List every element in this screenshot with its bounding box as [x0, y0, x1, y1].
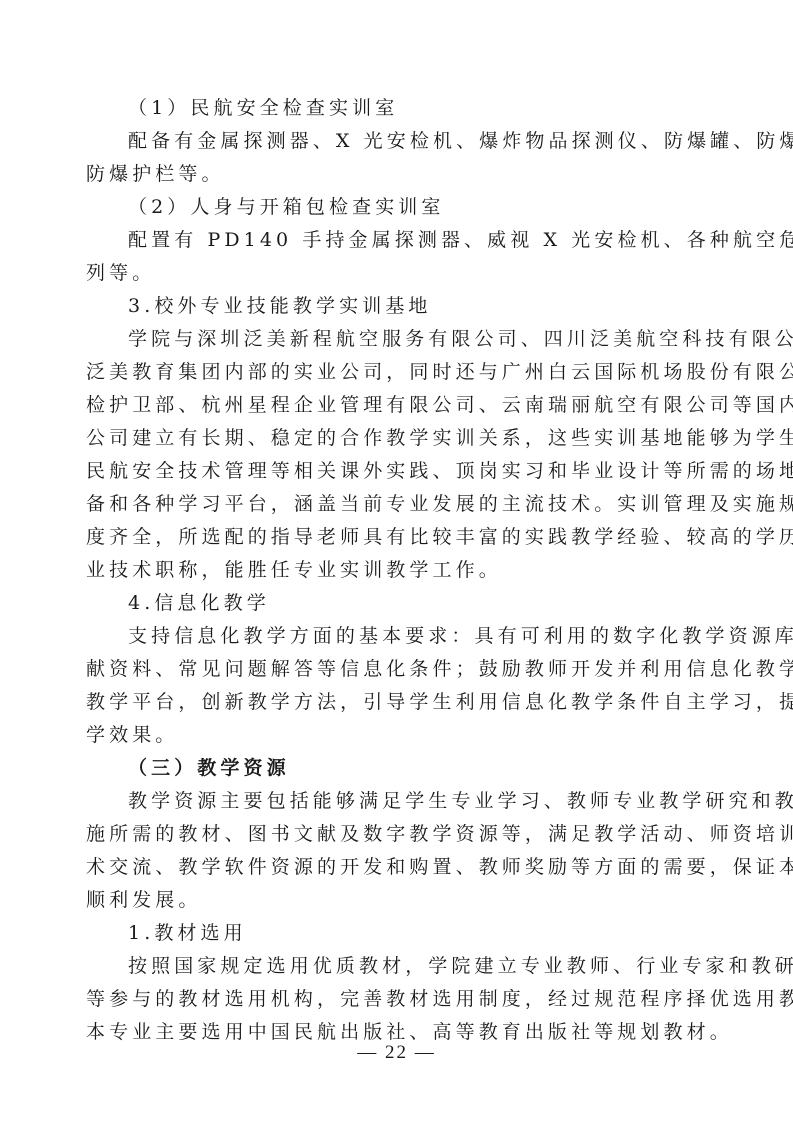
heading-offsite-training-base: 3.校外专业技能教学实训基地 — [128, 290, 432, 323]
section-heading-teaching-resources: （三）教学资源 — [128, 752, 290, 785]
paragraph-line: 等参与的教材选用机构，完善教材选用制度，经过规范程序择优选用教材。 — [86, 983, 793, 1016]
paragraph-line: 支持信息化教学方面的基本要求：具有可利用的数字化教学资源库、文 — [128, 620, 793, 653]
paragraph-line: 检护卫部、杭州星程企业管理有限公司、云南瑞丽航空有限公司等国内航空 — [86, 389, 793, 422]
heading-textbook-selection: 1.教材选用 — [128, 917, 247, 950]
paragraph-line: 教学平台，创新教学方法，引导学生利用信息化教学条件自主学习，提升教 — [86, 686, 793, 719]
paragraph-line: 列等。 — [86, 257, 155, 290]
paragraph-line: 度齐全，所选配的指导老师具有比较丰富的实践教学经验、较高的学历和专 — [86, 521, 793, 554]
paragraph-line: 泛美教育集团内部的实业公司，同时还与广州白云国际机场股份有限公司安 — [86, 356, 793, 389]
heading-informatized-teaching: 4.信息化教学 — [128, 587, 270, 620]
paragraph-line: 术交流、教学软件资源的开发和购置、教师奖励等方面的需要，保证本专业 — [86, 851, 793, 884]
paragraph-line: 按照国家规定选用优质教材，学院建立专业教师、行业专家和教研人员 — [128, 950, 793, 983]
heading-baggage-check-lab: （2）人身与开箱包检查实训室 — [128, 191, 445, 224]
heading-security-check-lab: （1）民航安全检查实训室 — [128, 92, 398, 125]
paragraph-line: 配备有金属探测器、X 光安检机、爆炸物品探测仪、防爆罐、防爆毯和 — [128, 125, 793, 158]
page-number: — 22 — — [0, 1042, 793, 1064]
paragraph-line: 教学资源主要包括能够满足学生专业学习、教师专业教学研究和教学实 — [128, 785, 793, 818]
paragraph-line: 顺利发展。 — [86, 884, 202, 917]
paragraph-line: 献资料、常见问题解答等信息化条件；鼓励教师开发并利用信息化教学资源、 — [86, 653, 793, 686]
paragraph-line: 备和各种学习平台，涵盖当前专业发展的主流技术。实训管理及实施规章制 — [86, 488, 793, 521]
paragraph-line: 民航安全技术管理等相关课外实践、顶岗实习和毕业设计等所需的场地、设 — [86, 455, 793, 488]
paragraph-line: 防爆护栏等。 — [86, 158, 225, 191]
paragraph-line: 业技术职称，能胜任专业实训教学工作。 — [86, 554, 502, 587]
paragraph-line: 公司建立有长期、稳定的合作教学实训关系，这些实训基地能够为学生提供 — [86, 422, 793, 455]
paragraph-line: 施所需的教材、图书文献及数字教学资源等，满足教学活动、师资培训、学 — [86, 818, 793, 851]
paragraph-line: 配置有 PD140 手持金属探测器、威视 X 光安检机、各种航空危险物品陈 — [128, 224, 793, 257]
paragraph-line: 学院与深圳泛美新程航空服务有限公司、四川泛美航空科技有限公司等 — [128, 323, 793, 356]
paragraph-line: 学效果。 — [86, 719, 178, 752]
